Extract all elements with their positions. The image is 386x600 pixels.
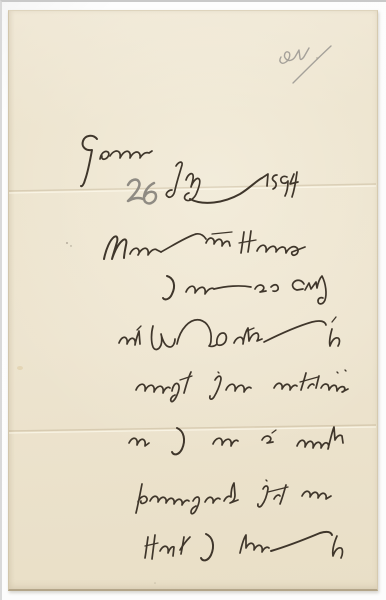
pencil-notation: [280, 46, 331, 83]
body-line-1: [163, 276, 326, 304]
heading-date-month-year: [166, 162, 298, 203]
fold-crease-lower: [9, 425, 376, 433]
body-line-2: [119, 317, 340, 349]
letter-scan: Lyceum 26 July 1894 My dear Mr Haweis I …: [0, 0, 386, 600]
paper-specks: [17, 57, 318, 584]
salutation-line: [104, 231, 305, 259]
heading-place: [81, 136, 152, 186]
handwriting-artwork: [0, 0, 386, 600]
heading-date-day: [128, 180, 156, 204]
body-line-5: [136, 480, 331, 514]
body-line-3: [136, 370, 348, 402]
body-line-6: [145, 532, 343, 560]
